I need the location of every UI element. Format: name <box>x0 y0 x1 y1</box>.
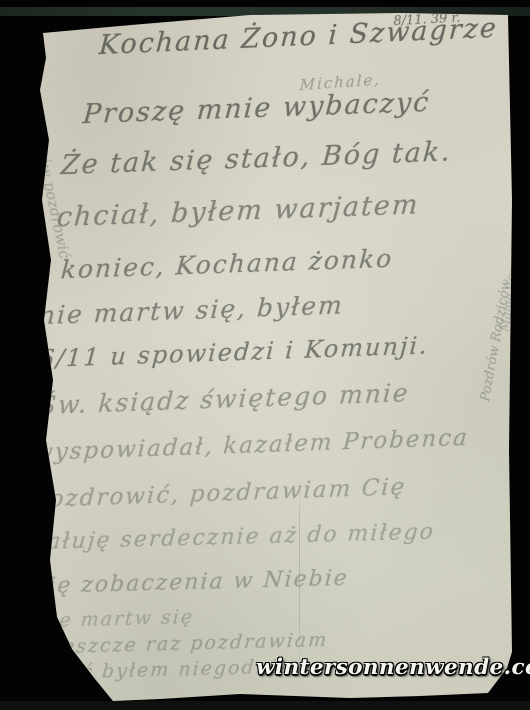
torn-letter-paper: 8/11. 39 r. Kochana Żono i SzwagrzeMicha… <box>0 0 530 710</box>
scanned-letter-photo: 8/11. 39 r. Kochana Żono i SzwagrzeMicha… <box>0 0 530 710</box>
photo-bottom-strip <box>0 701 530 710</box>
handwriting-line: nie martw się <box>36 606 195 632</box>
watermark-text: wintersonnenwende.com <box>256 655 530 680</box>
